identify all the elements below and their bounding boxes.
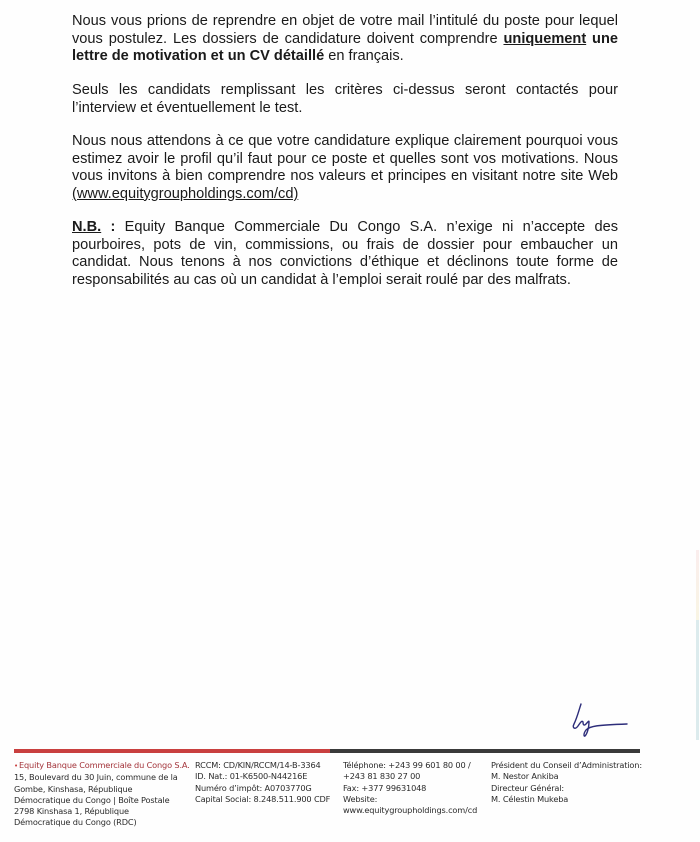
footer-fax: Fax: +377 99631048 [343, 783, 477, 794]
footer-bar-red [14, 749, 330, 753]
footer-rccm: RCCM: CD/KIN/RCCM/14-B-3364 [195, 760, 330, 771]
p3-text: Nous nous attendons à ce que votre candi… [72, 133, 618, 184]
nb-label: N.B. [72, 219, 101, 235]
footer-tax-number: Numéro d’impôt: A0703770G [195, 783, 330, 794]
paragraph-expectations: Nous nous attendons à ce que votre candi… [72, 133, 618, 203]
paragraph-nb-notice: N.B. : Equity Banque Commerciale Du Cong… [72, 219, 618, 289]
document-page: Nous vous prions de reprendre en objet d… [0, 0, 700, 842]
footer-address-line: 15, Boulevard du 30 Juin, commune de la [14, 772, 190, 783]
p1-emphasis-uniquement: uniquement [503, 31, 586, 47]
footer-company-address: •Equity Banque Commerciale du Congo S.A.… [14, 760, 190, 829]
paragraph-application-instructions: Nous vous prions de reprendre en objet d… [72, 13, 618, 66]
footer-address-line: Démocratique du Congo | Boîte Postale [14, 795, 190, 806]
nb-text: Equity Banque Commerciale Du Congo S.A. … [72, 219, 618, 288]
footer-website-label: Website: [343, 794, 477, 805]
scan-edge-artifact [696, 550, 699, 620]
footer-contact-info: Téléphone: +243 99 601 80 00 / +243 81 8… [343, 760, 477, 816]
footer-director-name: M. Célestin Mukeba [491, 794, 642, 805]
p2-text: Seuls les candidats remplissant les crit… [72, 82, 618, 117]
footer-website-link[interactable]: www.equitygroupholdings.com/cd [343, 805, 477, 816]
footer-address-line: Gombe, Kinshasa, République [14, 784, 190, 795]
footer-id-nat: ID. Nat.: 01-K6500-N44216E [195, 771, 330, 782]
footer-bar-dark [330, 749, 640, 753]
nb-separator: : [101, 219, 124, 235]
footer-phone: Téléphone: +243 99 601 80 00 / [343, 760, 477, 771]
footer-divider-bar [14, 749, 640, 753]
website-link[interactable]: (www.equitygroupholdings.com/cd) [72, 186, 298, 202]
bullet-icon: • [14, 762, 18, 770]
footer-company-name: Equity Banque Commerciale du Congo S.A. [19, 760, 190, 770]
footer-chairman-name: M. Nestor Ankiba [491, 771, 642, 782]
footer-chairman-title: Président du Conseil d’Administration: [491, 760, 642, 771]
p1-text-after: en français. [324, 48, 404, 64]
footer-capital: Capital Social: 8.248.511.900 CDF [195, 794, 330, 805]
footer-address-line: 2798 Kinshasa 1, République [14, 806, 190, 817]
footer-director-title: Directeur Général: [491, 783, 642, 794]
footer-registration-info: RCCM: CD/KIN/RCCM/14-B-3364 ID. Nat.: 01… [195, 760, 330, 805]
paragraph-selection-criteria: Seuls les candidats remplissant les crit… [72, 82, 618, 117]
footer-management-info: Président du Conseil d’Administration: M… [491, 760, 642, 805]
footer-address-line: Démocratique du Congo (RDC) [14, 817, 190, 828]
signature-icon [565, 700, 635, 740]
footer-phone-2: +243 81 830 27 00 [343, 771, 477, 782]
scan-edge-artifact [696, 620, 699, 740]
